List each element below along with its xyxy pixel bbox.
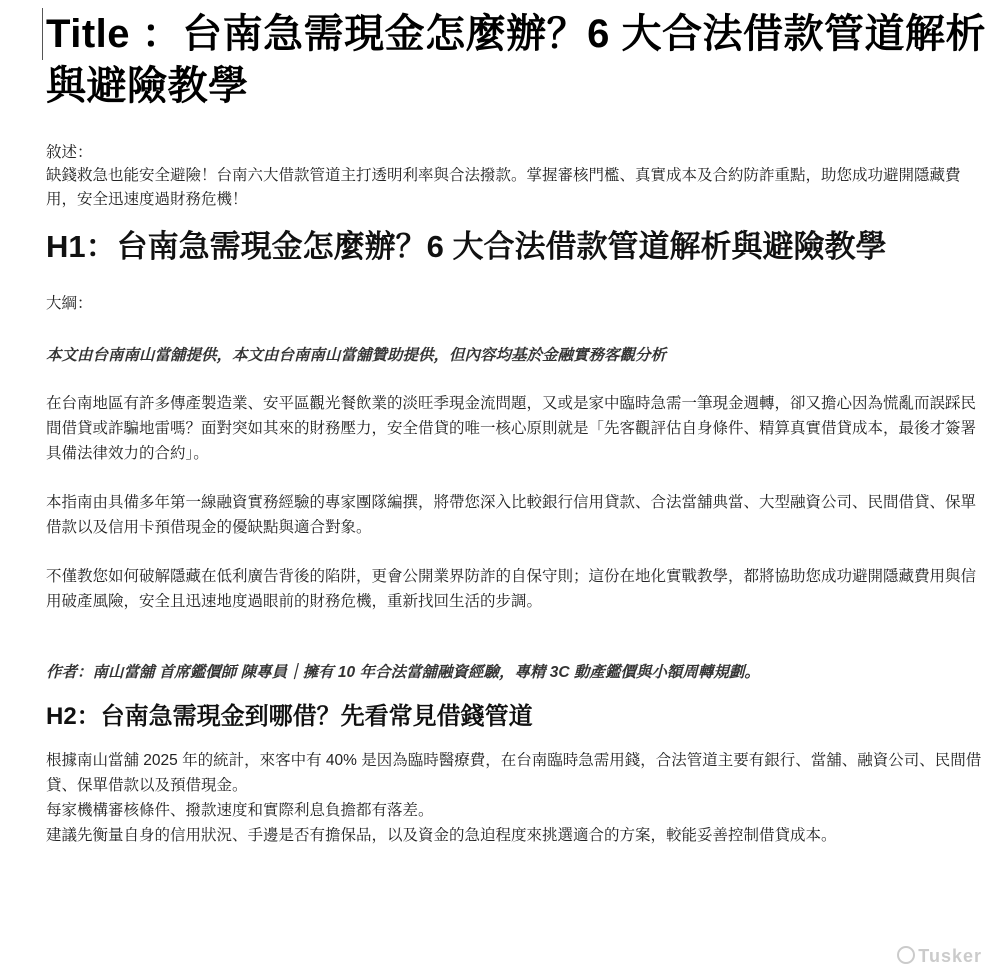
watermark: Tusker — [897, 946, 982, 967]
summary-text: 缺錢救急也能安全避險！台南六大借款管道主打透明利率與合法撥款。掌握審核門檻、真實… — [46, 164, 986, 212]
watermark-text: Tusker — [918, 946, 982, 966]
h2-body-line-1: 根據南山當舖 2025 年的統計，來客中有 40% 是因為臨時醫療費，在台南臨時… — [46, 748, 986, 798]
heading-h1: H1：台南急需現金怎麼辦？6 大合法借款管道解析與避險教學 — [46, 224, 986, 269]
intro-paragraph-2: 本指南由具備多年第一線融資實務經驗的專家團隊編撰，將帶您深入比較銀行信用貸款、合… — [46, 490, 986, 540]
author-line: 作者：南山當舖 首席鑑價師 陳專員｜擁有 10 年合法當舖融資經驗，專精 3C … — [46, 662, 986, 684]
text-cursor — [42, 8, 43, 60]
watermark-logo-icon — [897, 946, 915, 964]
intro-paragraph-1: 在台南地區有許多傳產製造業、安平區觀光餐飲業的淡旺季現金流問題，又或是家中臨時急… — [46, 391, 986, 466]
h2-body-line-2: 每家機構審核條件、撥款速度和實際利息負擔都有落差。 — [46, 798, 986, 823]
document-title[interactable]: Title ：台南急需現金怎麼辦？6 大合法借款管道解析與避險教學 — [46, 0, 986, 112]
heading-h2: H2：台南急需現金到哪借？先看常見借錢管道 — [46, 700, 986, 734]
sponsor-note: 本文由台南南山當舖提供，本文由台南南山當舖贊助提供，但內容均基於金融實務客觀分析 — [46, 345, 986, 367]
document-page[interactable]: Title ：台南急需現金怎麼辦？6 大合法借款管道解析與避險教學 敘述： 缺錢… — [46, 0, 986, 848]
h2-body: 根據南山當舖 2025 年的統計，來客中有 40% 是因為臨時醫療費，在台南臨時… — [46, 748, 986, 848]
outline-label: 大綱： — [46, 293, 986, 315]
summary-label: 敘述： — [46, 142, 986, 164]
h2-body-line-3: 建議先衡量自身的信用狀況、手邊是否有擔保品，以及資金的急迫程度來挑選適合的方案，… — [46, 823, 986, 848]
intro-paragraph-3: 不僅教您如何破解隱藏在低利廣告背後的陷阱，更會公開業界防詐的自保守則；這份在地化… — [46, 564, 986, 614]
